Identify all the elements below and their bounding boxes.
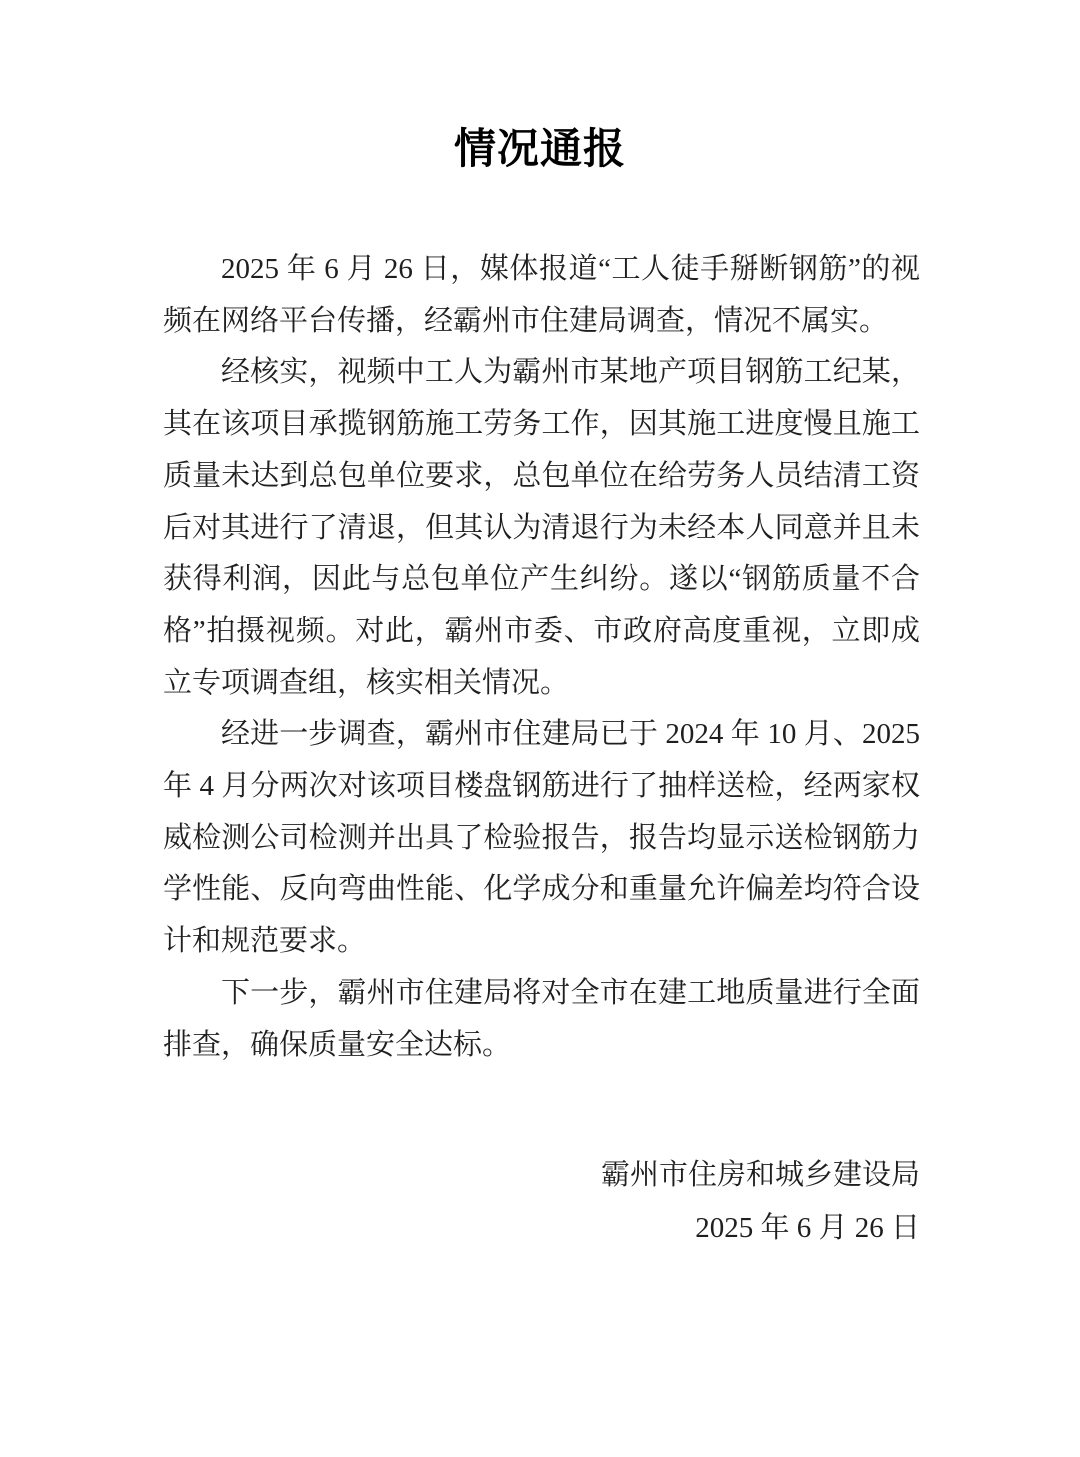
notice-document-page: 情况通报 2025 年 6 月 26 日，媒体报道“工人徒手掰断钢筋”的视频在网…: [0, 0, 1080, 1457]
paragraph-next-steps: 下一步，霸州市住建局将对全市在建工地质量进行全面排查，确保质量安全达标。: [163, 968, 920, 1071]
document-body: 2025 年 6 月 26 日，媒体报道“工人徒手掰断钢筋”的视频在网络平台传播…: [163, 244, 920, 1071]
signature-date: 2025 年 6 月 26 日: [163, 1202, 920, 1255]
document-title: 情况通报: [0, 0, 1080, 174]
paragraph-inspection-results: 经进一步调查，霸州市住建局已于 2024 年 10 月、2025 年 4 月分两…: [163, 709, 920, 968]
paragraph-verification-details: 经核实，视频中工人为霸州市某地产项目钢筋工纪某，其在该项目承揽钢筋施工劳务工作，…: [163, 347, 920, 709]
signature-organization: 霸州市住房和城乡建设局: [163, 1149, 920, 1202]
document-footer: 霸州市住房和城乡建设局 2025 年 6 月 26 日: [163, 1149, 920, 1255]
paragraph-media-report: 2025 年 6 月 26 日，媒体报道“工人徒手掰断钢筋”的视频在网络平台传播…: [163, 244, 920, 347]
